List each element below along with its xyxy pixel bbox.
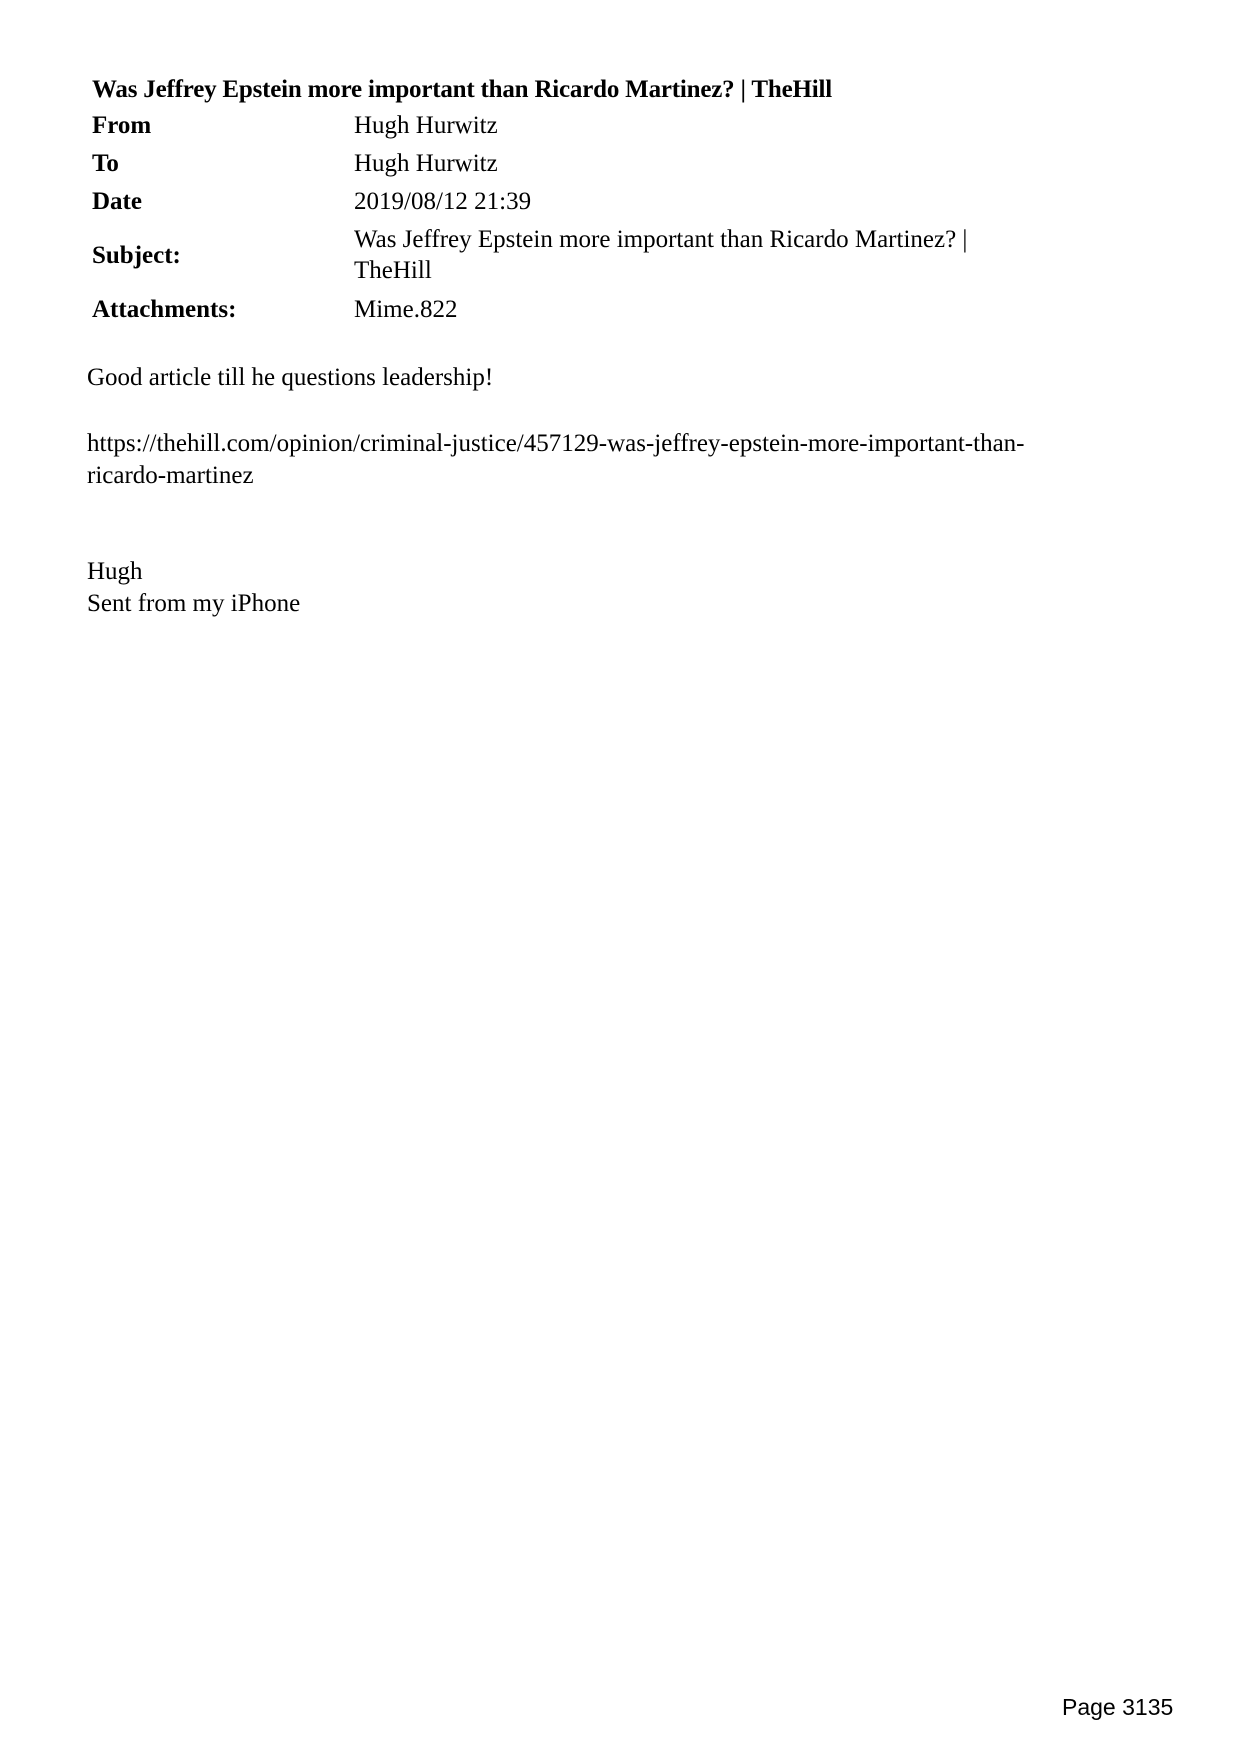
attachment-link[interactable]: Mime.822 [354, 296, 457, 324]
signature: Hugh Sent from my iPhone [87, 556, 300, 620]
body-comment: Good article till he questions leadershi… [87, 362, 493, 394]
page-number: Page 3135 [1062, 1694, 1173, 1721]
date-value: 2019/08/12 21:39 [354, 188, 531, 216]
date-label: Date [92, 188, 142, 216]
subject-value-line1: Was Jeffrey Epstein more important than … [354, 226, 967, 254]
signature-name: Hugh [87, 556, 300, 588]
to-label: To [92, 150, 119, 178]
to-value: Hugh Hurwitz [354, 150, 498, 178]
article-link[interactable]: https://thehill.com/opinion/criminal-jus… [87, 428, 1025, 492]
email-title: Was Jeffrey Epstein more important than … [92, 76, 832, 104]
subject-label: Subject: [92, 242, 181, 270]
from-value: Hugh Hurwitz [354, 112, 498, 140]
attachments-label: Attachments: [92, 296, 236, 324]
article-link-line2[interactable]: ricardo-martinez [87, 460, 1025, 492]
from-label: From [92, 112, 151, 140]
subject-value-line2: TheHill [354, 257, 432, 285]
signature-note: Sent from my iPhone [87, 588, 300, 620]
article-link-line1[interactable]: https://thehill.com/opinion/criminal-jus… [87, 428, 1025, 460]
